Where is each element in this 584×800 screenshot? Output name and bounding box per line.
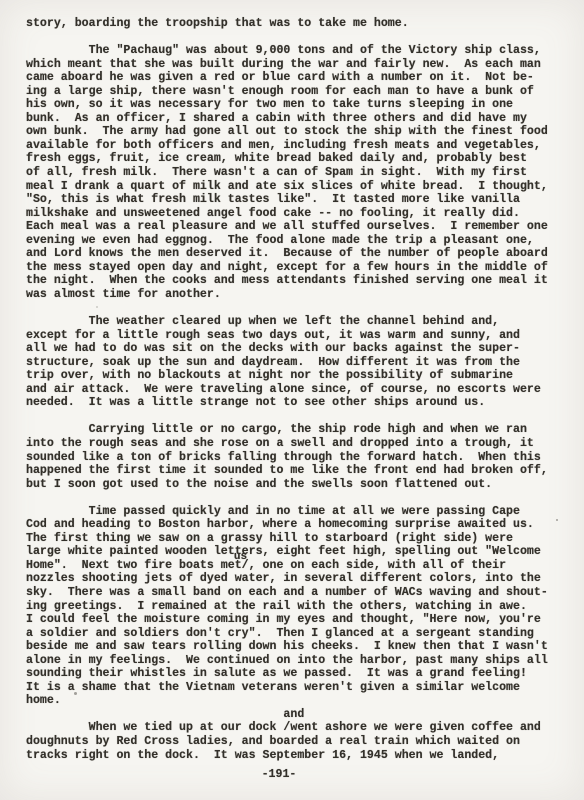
typewritten-page: story, boarding the troopship that was t… — [0, 0, 584, 800]
typewritten-text: story, boarding the troopship that was t… — [0, 0, 584, 800]
scan-speck — [74, 692, 77, 695]
scan-speck — [556, 519, 558, 521]
page-number: -191- — [0, 768, 558, 781]
inserted-word-us: us — [234, 552, 247, 563]
scan-speck — [96, 306, 98, 308]
